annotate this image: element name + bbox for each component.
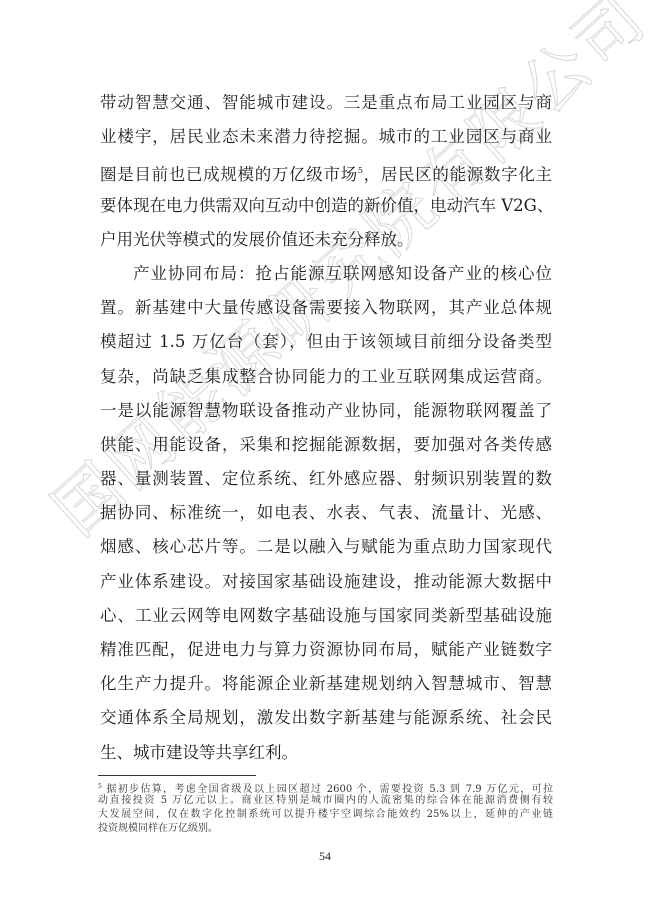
body-line: 供能、用能设备，采集和挖掘能源数据，要加强对各类传感: [100, 428, 552, 462]
footnote-line: 大发展空间，仅在数字化控制系统可以提升楼宇空调综合能效约 25%以上，延伸的产业…: [98, 808, 553, 822]
body-line: 置。新基建中大量传感设备需要接入物联网，其产业总体规: [100, 291, 552, 325]
body-line: 器、量测装置、定位系统、红外感应器、射频识别装置的数: [100, 462, 552, 496]
footnote-divider: [98, 775, 256, 776]
body-line: 烟感、核心芯片等。二是以融入与赋能为重点助力国家现代: [100, 530, 552, 564]
footnote-line: 动直接投资 5 万亿元以上。商业区特别是城市圈内的人流密集的综合体在能源消费侧有…: [98, 794, 553, 808]
body-line-text: 圈是目前也已成规模的万亿级市场: [100, 165, 358, 184]
body-line: 化生产力提升。将能源企业新基建规划纳入智慧城市、智慧: [100, 667, 552, 701]
body-line-text: ，居民区的能源数字化主: [363, 165, 552, 184]
footnote: 5 据初步估算，考虑全国省级及以上园区超过 2600 个，需要投资 5.3 到 …: [98, 780, 553, 836]
paragraph-heading-line: 产业协同布局：抢占能源互联网感知设备产业的核心位: [100, 257, 552, 291]
body-line: 模超过 1.5 万亿台（套），但由于该领域目前细分设备类型: [100, 325, 552, 359]
footnote-line: 投资规模同样在万亿级别。: [98, 822, 553, 836]
body-line: 心、工业云网等电网数字基础设施与国家同类新型基础设施: [100, 599, 552, 633]
page-number: 54: [0, 849, 650, 864]
body-line: 交通体系全局规划，激发出数字新基建与能源系统、社会民: [100, 701, 552, 735]
body-line: 一是以能源智慧物联设备推动产业协同，能源物联网覆盖了: [100, 394, 552, 428]
body-line: 生、城市建设等共享红利。: [100, 736, 552, 770]
body-line: 业楼宇，居民业态未来潜力待挖掘。城市的工业园区与商业: [100, 120, 552, 154]
body-line: 产业体系建设。对接国家基础设施建设，推动能源大数据中: [100, 565, 552, 599]
document-page: 国网能源研究院有限公司 带动智慧交通、智能城市建设。三是重点布局工业园区与商 业…: [0, 0, 650, 919]
body-line: 带动智慧交通、智能城市建设。三是重点布局工业园区与商: [100, 86, 552, 120]
body-line: 户用光伏等模式的发展价值还未充分释放。: [100, 223, 552, 257]
body-line: 要体现在电力供需双向互动中创造的新价值，电动汽车 V2G、: [100, 189, 552, 223]
body-line: 复杂，尚缺乏集成整合协同能力的工业互联网集成运营商。: [100, 360, 552, 394]
body-line: 据协同、标准统一，如电表、水表、气表、流量计、光感、: [100, 496, 552, 530]
body-text: 带动智慧交通、智能城市建设。三是重点布局工业园区与商 业楼宇，居民业态未来潜力待…: [100, 86, 552, 770]
footnote-marker: 5: [98, 783, 102, 790]
body-line: 精准匹配，促进电力与算力资源协同布局，赋能产业链数字: [100, 633, 552, 667]
body-line: 圈是目前也已成规模的万亿级市场5，居民区的能源数字化主: [100, 154, 552, 188]
footnote-line: 5 据初步估算，考虑全国省级及以上园区超过 2600 个，需要投资 5.3 到 …: [98, 780, 553, 794]
